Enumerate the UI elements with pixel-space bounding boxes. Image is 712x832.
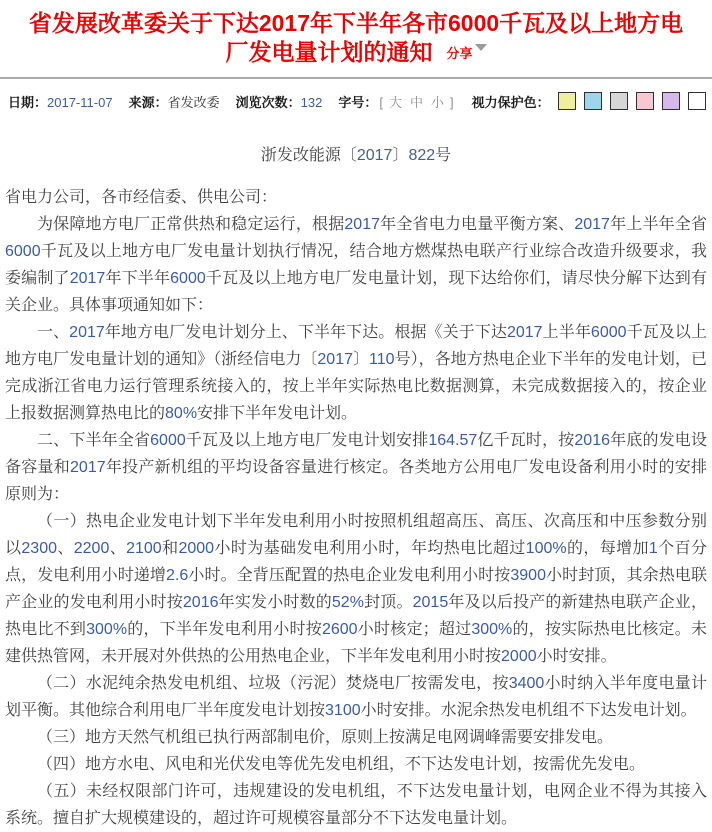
source-label: 来源： (129, 95, 168, 110)
paragraph: （二）水泥纯余热发电机组、垃圾（污泥）焚烧电厂按需发电，按3400小时纳入半年度… (5, 670, 707, 724)
eye-protection-color-swatch[interactable] (610, 92, 628, 110)
paragraph: （一）热电企业发电计划下半年发电利用小时按照机组超高压、高压、次高压和中压参数分… (5, 508, 707, 670)
meta-views: 浏览次数：132 (236, 95, 323, 110)
chevron-down-icon (475, 44, 487, 51)
eye-protection-color-swatch[interactable] (662, 92, 680, 110)
meta-bar: 日期：2017-11-07来源：省发改委浏览次数：132字号：[大中小]视力保护… (0, 92, 712, 115)
paragraph: 二、下半年全省6000千瓦及以上地方电厂发电计划安排164.57亿千瓦时，按20… (5, 427, 707, 508)
fontsize-options: 大中小 (385, 95, 448, 110)
eye-protection-swatches (550, 92, 706, 115)
fontsize-bracket-left: [ (379, 95, 383, 110)
views-value: 132 (301, 95, 323, 110)
document-number: 浙发改能源〔2017〕822号 (0, 142, 712, 165)
paragraph: （五）未经权限部门许可，违规建设的发电机组，不下达发电量计划，电网企业不得为其接… (5, 778, 707, 832)
meta-date: 日期：2017-11-07 (8, 95, 113, 110)
fontsize-label: 字号： (338, 95, 377, 110)
paragraph: （四）地方水电、风电和光伏发电等优先发电机组，不下达发电计划，按需优先发电。 (5, 751, 707, 778)
title-divider (0, 77, 712, 79)
page-title-text: 省发展改革委关于下达2017年下半年各市6000千瓦及以上地方电厂发电量计划的通… (29, 10, 683, 65)
paragraph: 一、2017年地方电厂发电计划分上、下半年下达。根据《关于下达2017上半年60… (5, 319, 707, 427)
article-page: 省发展改革委关于下达2017年下半年各市6000千瓦及以上地方电厂发电量计划的通… (0, 0, 712, 832)
paragraph: 为保障地方电厂正常供热和稳定运行，根据2017年全省电力电量平衡方案、2017年… (5, 211, 707, 319)
paragraph: （三）地方天然气机组已执行两部制电价，原则上按满足电网调峰需要安排发电。 (5, 724, 707, 751)
fontsize-option[interactable]: 小 (431, 95, 444, 110)
share-link[interactable]: 分享 (446, 39, 486, 68)
eye-protection-color-swatch[interactable] (584, 92, 602, 110)
eye-protection-control: 视力保护色： (472, 95, 706, 110)
document-body: 省电力公司，各市经信委、供电公司： 为保障地方电厂正常供热和稳定运行，根据201… (0, 184, 712, 832)
paragraph-list: 为保障地方电厂正常供热和稳定运行，根据2017年全省电力电量平衡方案、2017年… (5, 211, 707, 832)
fontsize-option[interactable]: 中 (410, 95, 423, 110)
meta-source: 来源：省发改委 (129, 95, 220, 110)
fontsize-option[interactable]: 大 (389, 95, 402, 110)
eye-protection-color-swatch[interactable] (636, 92, 654, 110)
eye-protection-color-swatch[interactable] (688, 92, 706, 110)
eye-protection-label: 视力保护色： (472, 95, 550, 110)
fontsize-bracket-right: ] (450, 95, 454, 110)
salutation: 省电力公司，各市经信委、供电公司： (5, 184, 707, 211)
share-label: 分享 (446, 46, 472, 61)
font-size-control: 字号：[大中小] (338, 95, 455, 110)
date-value: 2017-11-07 (47, 95, 113, 110)
source-value: 省发改委 (168, 95, 220, 110)
eye-protection-color-swatch[interactable] (558, 92, 576, 110)
page-title: 省发展改革委关于下达2017年下半年各市6000千瓦及以上地方电厂发电量计划的通… (24, 9, 688, 68)
date-label: 日期： (8, 95, 47, 110)
title-area: 省发展改革委关于下达2017年下半年各市6000千瓦及以上地方电厂发电量计划的通… (0, 0, 712, 74)
views-label: 浏览次数： (236, 95, 301, 110)
